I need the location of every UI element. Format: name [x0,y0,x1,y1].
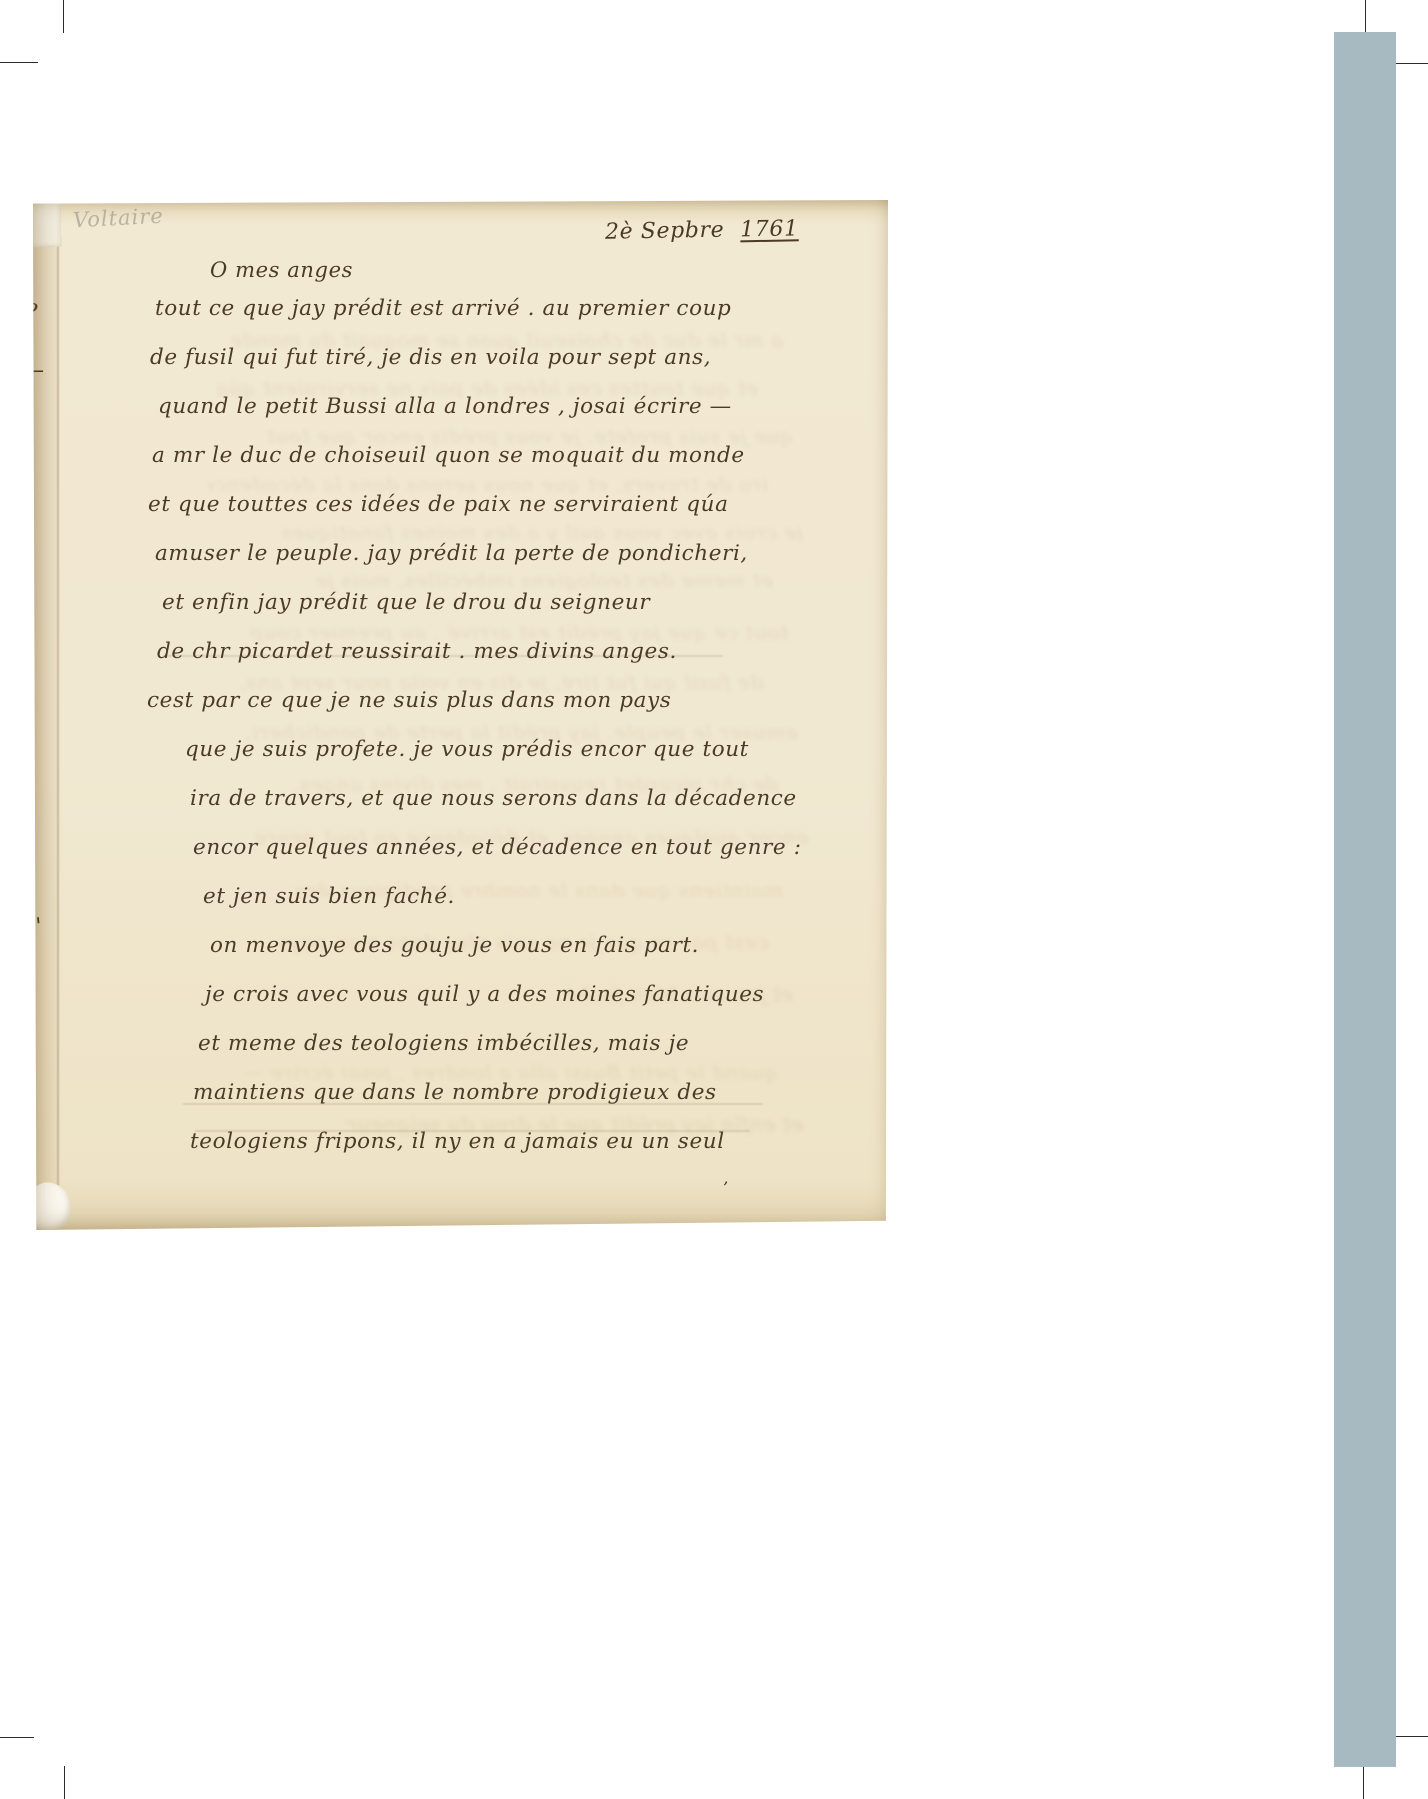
letter-line: maintiens que dans le nombre prodigieux … [193,1080,717,1105]
page-binding-strip [33,200,59,1230]
letter-line: que je suis profete. je vous prédis enco… [185,737,749,762]
letter-salutation: O mes anges [210,258,353,282]
letter-line: et meme des teologiens imbécilles, mais … [198,1031,689,1056]
letter-date: 2è Sepbre1761 [605,216,799,244]
letter-line: et jen suis bien faché. [203,884,455,909]
page-accent-bar [1334,32,1396,1767]
paper-tear [22,1178,77,1237]
marginal-ink-fragment: ! [26,1048,35,1073]
letter-line: on menvoye des gouju je vous en fais par… [210,933,699,958]
manuscript-page: a mr le duc de choiseuil quon se moquait… [33,200,888,1230]
letter-line: quand le petit Bussi alla a londres , jo… [158,394,732,419]
letter-line: je crois avec vous quil y a des moines f… [205,982,764,1007]
bleed-through-line: et meme des teologiens imbécilles, mais … [213,568,773,592]
marginal-ink-fragment: '' [23,1142,32,1161]
letter-line: encor quelques années, et décadence en t… [193,835,802,860]
letter-line: de fusil qui fut tiré, je dis en voila p… [150,345,711,370]
ink-speck: ’ [723,1178,728,1197]
letter-line: teologiens fripons, il ny en a jamais eu… [190,1129,725,1154]
crop-mark-top-left-horizontal [0,62,38,63]
letter-date-year: 1761 [740,216,799,242]
page-fold-line [57,204,59,1224]
letter-line: a mr le duc de choiseuil quon se moquait… [152,443,745,468]
letter-line: de chr picardet reussirait . mes divins … [157,639,677,664]
letter-line: amuser le peuple. jay prédit la perte de… [155,541,748,566]
letter-line: et que touttes ces idées de paix ne serv… [148,492,729,517]
crop-mark-bottom-right-horizontal [1394,1736,1428,1737]
crop-mark-bottom-right-vertical [1363,1767,1364,1799]
letter-line: ira de travers, et que nous serons dans … [190,786,797,811]
archival-tape-patch [21,197,62,248]
crop-mark-top-left-vertical [63,0,64,33]
crop-mark-bottom-left-vertical [64,1766,65,1799]
scanned-letter-sheet: { "colors": { "background": "#ffffff", "… [0,0,1428,1799]
pencil-inscription: Voltaire [72,204,164,233]
letter-line: cest par ce que je ne suis plus dans mon… [147,688,671,713]
letter-date-day-month: 2è Sepbre [605,218,725,245]
marginal-ink-fragment: — [22,358,44,383]
marginal-ink-fragment: 5' [21,914,44,941]
crop-mark-top-right-vertical [1365,0,1366,32]
crop-mark-top-right-horizontal [1396,63,1428,64]
letter-line: tout ce que jay prédit est arrivé . au p… [155,296,731,321]
crop-mark-bottom-left-horizontal [0,1737,34,1738]
letter-line: et enfin jay prédit que le drou du seign… [162,590,650,615]
